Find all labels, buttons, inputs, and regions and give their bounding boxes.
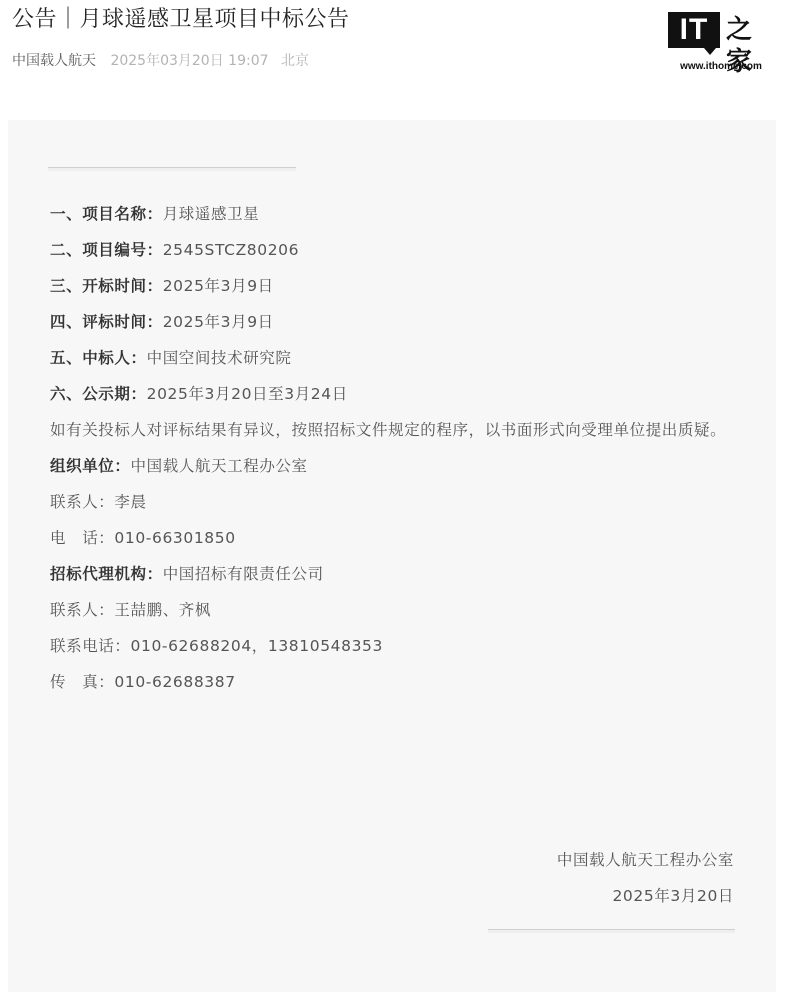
announcement-panel: 一、项目名称：月球遥感卫星 二、项目编号：2545STCZ80206 三、开标时… [8, 120, 776, 992]
item-project-number: 二、项目编号：2545STCZ80206 [50, 232, 740, 268]
article-title: 公告｜月球遥感卫星项目中标公告 [12, 4, 350, 36]
objection-note: 如有关投标人对评标结果有异议，按照招标文件规定的程序，以书面形式向受理单位提出质… [50, 412, 740, 448]
agency-contact: 联系人：王喆鹏、齐枫 [50, 592, 740, 628]
article-meta: 中国载人航天 2025年03月20日 19:07 北京 [12, 50, 309, 72]
logo-speech-tail-icon [704, 48, 716, 55]
item-label: 六、公示期： [50, 385, 147, 403]
item-value: 月球遥感卫星 [163, 205, 260, 223]
signature-date: 2025年3月20日 [557, 878, 734, 914]
agency-label: 招标代理机构： [50, 565, 163, 583]
signature-block: 中国载人航天工程办公室 2025年3月20日 [557, 842, 734, 914]
phone-label: 电 话： [50, 529, 114, 547]
article-date: 2025年03月20日 19:07 [110, 53, 268, 69]
organizer-unit: 组织单位：中国载人航天工程办公室 [50, 448, 740, 484]
logo-it-mark: IT [668, 12, 720, 48]
signature-org: 中国载人航天工程办公室 [557, 842, 734, 878]
bottom-divider [488, 929, 735, 933]
item-value: 2545STCZ80206 [163, 241, 299, 259]
item-value: 2025年3月20日至3月24日 [147, 385, 348, 403]
logo-url: www.ithome.com [668, 60, 774, 74]
item-publicity-period: 六、公示期：2025年3月20日至3月24日 [50, 376, 740, 412]
item-label: 一、项目名称： [50, 205, 163, 223]
agency-value: 中国招标有限责任公司 [163, 565, 324, 583]
item-label: 三、开标时间： [50, 277, 163, 295]
item-bid-opening-time: 三、开标时间：2025年3月9日 [50, 268, 740, 304]
fax-value: 010-62688387 [114, 673, 235, 691]
agency-unit: 招标代理机构：中国招标有限责任公司 [50, 556, 740, 592]
item-value: 2025年3月9日 [163, 313, 274, 331]
item-label: 二、项目编号： [50, 241, 163, 259]
phone-label: 联系电话： [50, 637, 131, 655]
fax-label: 传 真： [50, 673, 114, 691]
announcement-body: 一、项目名称：月球遥感卫星 二、项目编号：2545STCZ80206 三、开标时… [50, 196, 740, 700]
contact-label: 联系人： [50, 493, 114, 511]
article-source-link[interactable]: 中国载人航天 [12, 53, 96, 69]
agency-fax: 传 真：010-62688387 [50, 664, 740, 700]
article-location: 北京 [281, 53, 309, 69]
item-label: 五、中标人： [50, 349, 147, 367]
agency-phone: 联系电话：010-62688204，13810548353 [50, 628, 740, 664]
item-project-name: 一、项目名称：月球遥感卫星 [50, 196, 740, 232]
contact-label: 联系人： [50, 601, 114, 619]
organizer-value: 中国载人航天工程办公室 [131, 457, 308, 475]
organizer-phone: 电 话：010-66301850 [50, 520, 740, 556]
item-value: 2025年3月9日 [163, 277, 274, 295]
ithome-logo: IT 之家 www.ithome.com [668, 12, 774, 74]
item-label: 四、评标时间： [50, 313, 163, 331]
contact-value: 李晨 [114, 493, 146, 511]
phone-value: 010-62688204，13810548353 [131, 637, 383, 655]
item-evaluation-time: 四、评标时间：2025年3月9日 [50, 304, 740, 340]
item-value: 中国空间技术研究院 [147, 349, 292, 367]
organizer-contact: 联系人：李晨 [50, 484, 740, 520]
top-divider [48, 167, 296, 171]
organizer-label: 组织单位： [50, 457, 131, 475]
phone-value: 010-66301850 [114, 529, 235, 547]
item-winning-bidder: 五、中标人：中国空间技术研究院 [50, 340, 740, 376]
contact-value: 王喆鹏、齐枫 [114, 601, 211, 619]
